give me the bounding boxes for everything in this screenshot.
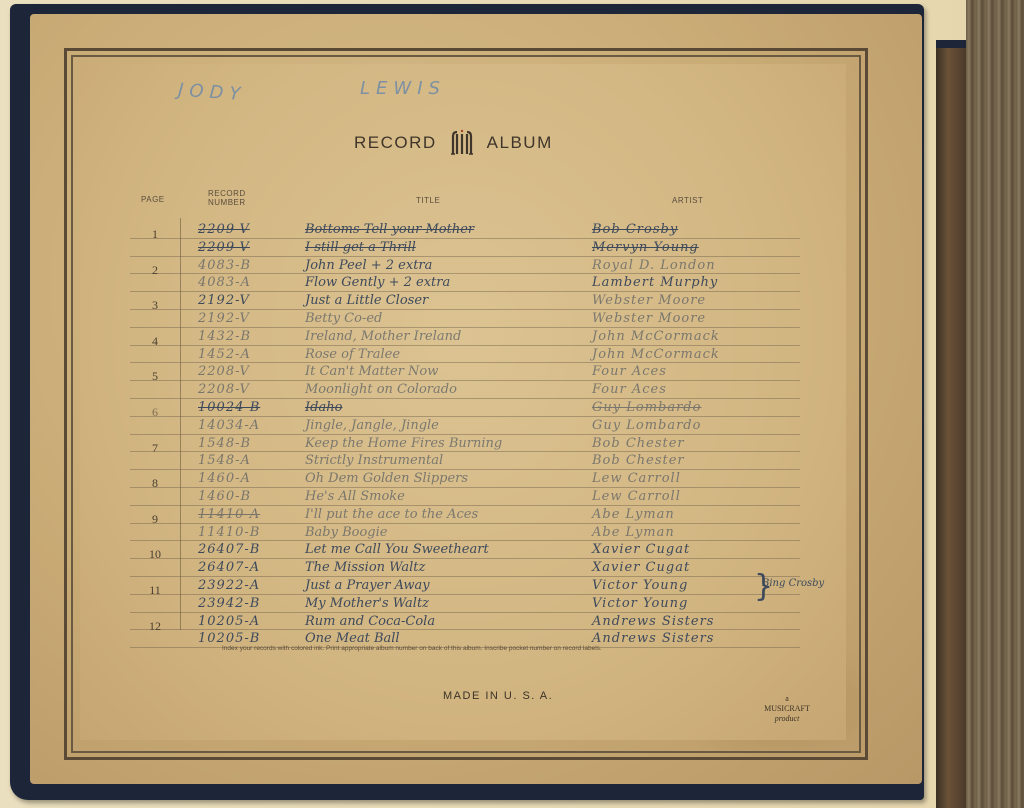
record-title: Keep the Home Fires Burning: [305, 435, 590, 452]
record-title: Strictly Instrumental: [305, 452, 590, 469]
record-number: 26407-B: [198, 541, 298, 558]
record-number: 10205-A: [198, 613, 298, 630]
record-index-table: 12209-VBottoms Tell your MotherBob Crosb…: [130, 221, 800, 648]
record-artist: Four Aces: [592, 381, 822, 398]
column-header-page: PAGE: [141, 195, 165, 204]
record-title: Idaho: [305, 399, 590, 416]
table-row: 2209-VI still get a ThrillMervyn Young: [130, 239, 800, 257]
record-number: 1460-B: [198, 488, 298, 505]
table-row: 610024-BIdahoGuy Lombardo: [130, 399, 800, 417]
record-title: Baby Boogie: [305, 524, 590, 541]
table-row: 11410-BBaby BoogieAbe Lyman: [130, 524, 800, 542]
record-number: 2192-V: [198, 292, 298, 309]
record-number: 10024-B: [198, 399, 298, 416]
maker-line-a: a: [752, 694, 822, 704]
table-row: 41432-BIreland, Mother IrelandJohn McCor…: [130, 328, 800, 346]
table-row: 32192-VJust a Little CloserWebster Moore: [130, 292, 800, 310]
table-row: 71548-BKeep the Home Fires BurningBob Ch…: [130, 435, 800, 453]
record-number: 1548-B: [198, 435, 298, 452]
record-title: Just a Prayer Away: [305, 577, 590, 594]
record-number: 23922-A: [198, 577, 298, 594]
record-number: 1548-A: [198, 452, 298, 469]
record-artist: Abe Lyman: [592, 506, 822, 523]
record-number: 26407-A: [198, 559, 298, 576]
record-artist: Guy Lombardo: [592, 399, 822, 416]
table-row: 911410-AI'll put the ace to the AcesAbe …: [130, 506, 800, 524]
record-artist: Andrews Sisters: [592, 613, 822, 630]
column-header-title: TITLE: [416, 196, 440, 205]
record-title: Ireland, Mother Ireland: [305, 328, 590, 345]
table-row: 81460-AOh Dem Golden SlippersLew Carroll: [130, 470, 800, 488]
record-number: 2208-V: [198, 363, 298, 380]
record-title: John Peel + 2 extra: [305, 257, 590, 274]
record-number: 2192-V: [198, 310, 298, 327]
record-number: 2209-V: [198, 239, 298, 256]
record-artist: Xavier Cugat: [592, 541, 822, 558]
record-number: 2209-V: [198, 221, 298, 238]
record-title: Rum and Coca-Cola: [305, 613, 590, 630]
table-row: 2192-VBetty Co-edWebster Moore: [130, 310, 800, 328]
instructions-footnote: Index your records with colored ink. Pri…: [222, 645, 602, 652]
record-title: Rose of Tralee: [305, 346, 590, 363]
table-row: 26407-AThe Mission WaltzXavier Cugat: [130, 559, 800, 577]
adjacent-book-spine: [966, 0, 1024, 808]
table-row: 1548-AStrictly InstrumentalBob Chester: [130, 452, 800, 470]
record-number: 2208-V: [198, 381, 298, 398]
table-row: 23942-BMy Mother's WaltzVictor Young: [130, 595, 800, 613]
musicraft-m-monogram-icon: [447, 128, 477, 158]
record-title: My Mother's Waltz: [305, 595, 590, 612]
table-row: 14034-AJingle, Jangle, JingleGuy Lombard…: [130, 417, 800, 435]
title-album: ALBUM: [487, 133, 553, 153]
table-row: 12209-VBottoms Tell your MotherBob Crosb…: [130, 221, 800, 239]
column-header-record-number: RECORD NUMBER: [208, 189, 246, 207]
record-artist: Lew Carroll: [592, 488, 822, 505]
record-number: 1460-A: [198, 470, 298, 487]
record-title: Bottoms Tell your Mother: [305, 221, 590, 238]
record-artist: Bob Crosby: [592, 221, 822, 238]
record-title: The Mission Waltz: [305, 559, 590, 576]
record-artist: Bob Chester: [592, 435, 822, 452]
record-artist: Lambert Murphy: [592, 274, 822, 291]
record-title: Moonlight on Colorado: [305, 381, 590, 398]
record-number: 1452-A: [198, 346, 298, 363]
record-number: 14034-A: [198, 417, 298, 434]
record-title: Let me Call You Sweetheart: [305, 541, 590, 558]
margin-annotation: Bing Crosby: [762, 578, 824, 589]
record-title: Betty Co-ed: [305, 310, 590, 327]
table-row: 52208-VIt Can't Matter NowFour Aces: [130, 363, 800, 381]
record-number: 11410-B: [198, 524, 298, 541]
table-row: 1452-ARose of TraleeJohn McCormack: [130, 346, 800, 364]
album-spine-edge: [936, 40, 966, 808]
record-artist: Royal D. London: [592, 257, 822, 274]
page-title: RECORD ALBUM: [354, 128, 553, 158]
maker-product: product: [752, 714, 822, 724]
record-artist: Xavier Cugat: [592, 559, 822, 576]
table-row: 1123922-AJust a Prayer AwayVictor Young: [130, 577, 800, 595]
record-title: I still get a Thrill: [305, 239, 590, 256]
record-title: Just a Little Closer: [305, 292, 590, 309]
table-row: 1026407-BLet me Call You SweetheartXavie…: [130, 541, 800, 559]
record-title: I'll put the ace to the Aces: [305, 506, 590, 523]
record-number: 11410-A: [198, 506, 298, 523]
record-artist: Webster Moore: [592, 310, 822, 327]
table-row: 1460-BHe's All SmokeLew Carroll: [130, 488, 800, 506]
column-header-artist: ARTIST: [672, 196, 703, 205]
table-row: 1210205-ARum and Coca-ColaAndrews Sister…: [130, 613, 800, 631]
maker-imprint: a MUSICRAFT product: [752, 694, 822, 724]
maker-brand: MUSICRAFT: [752, 704, 822, 714]
record-number-line2: NUMBER: [208, 198, 246, 207]
record-artist: Four Aces: [592, 363, 822, 380]
record-artist: Mervyn Young: [592, 239, 822, 256]
record-artist: Victor Young: [592, 595, 822, 612]
made-in-label: MADE IN U. S. A.: [443, 690, 553, 702]
record-number: 4083-A: [198, 274, 298, 291]
record-artist: Andrews Sisters: [592, 630, 822, 647]
record-artist: Abe Lyman: [592, 524, 822, 541]
record-number: 23942-B: [198, 595, 298, 612]
table-row: 2208-VMoonlight on ColoradoFour Aces: [130, 381, 800, 399]
record-artist: Lew Carroll: [592, 470, 822, 487]
record-artist: Guy Lombardo: [592, 417, 822, 434]
record-title: He's All Smoke: [305, 488, 590, 505]
title-record: RECORD: [354, 133, 437, 153]
record-title: Flow Gently + 2 extra: [305, 274, 590, 291]
table-row: 4083-AFlow Gently + 2 extraLambert Murph…: [130, 274, 800, 292]
handwritten-last-name: LEWIS: [360, 78, 446, 99]
record-number-line1: RECORD: [208, 189, 246, 198]
record-artist: John McCormack: [592, 346, 822, 363]
record-number: 1432-B: [198, 328, 298, 345]
record-title: Jingle, Jangle, Jingle: [305, 417, 590, 434]
record-number: 4083-B: [198, 257, 298, 274]
record-artist: Bob Chester: [592, 452, 822, 469]
record-artist: Webster Moore: [592, 292, 822, 309]
table-row: 24083-BJohn Peel + 2 extraRoyal D. Londo…: [130, 257, 800, 275]
record-title: It Can't Matter Now: [305, 363, 590, 380]
record-artist: John McCormack: [592, 328, 822, 345]
record-title: Oh Dem Golden Slippers: [305, 470, 590, 487]
